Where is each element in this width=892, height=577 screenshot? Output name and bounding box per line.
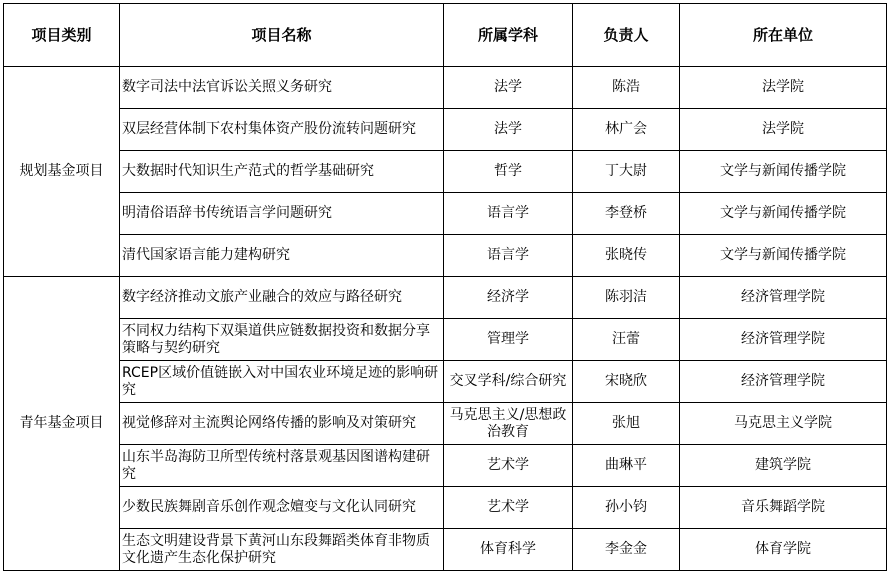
leader-cell: 张晓传 (573, 235, 680, 277)
header-unit: 所在单位 (680, 4, 887, 67)
discipline-cell: 语言学 (444, 193, 573, 235)
project-name-cell: RCEP区域价值链嵌入对中国农业环境足迹的影响研究 (120, 361, 444, 403)
leader-cell: 丁大尉 (573, 151, 680, 193)
project-name-cell: 大数据时代知识生产范式的哲学基础研究 (120, 151, 444, 193)
table-row: 双层经营体制下农村集体资产股份流转问题研究 法学 林广会 法学院 (4, 109, 887, 151)
table-row: RCEP区域价值链嵌入对中国农业环境足迹的影响研究 交叉学科/综合研究 宋晓欣 … (4, 361, 887, 403)
discipline-cell: 艺术学 (444, 487, 573, 529)
project-name-cell: 明清俗语辞书传统语言学问题研究 (120, 193, 444, 235)
category-cell: 青年基金项目 (4, 277, 120, 571)
unit-cell: 经济管理学院 (680, 319, 887, 361)
discipline-cell: 法学 (444, 109, 573, 151)
project-name-cell: 山东半岛海防卫所型传统村落景观基因图谱构建研究 (120, 445, 444, 487)
project-name-cell: 数字司法中法官诉讼关照义务研究 (120, 67, 444, 109)
discipline-cell: 体育科学 (444, 529, 573, 571)
table-row: 明清俗语辞书传统语言学问题研究 语言学 李登桥 文学与新闻传播学院 (4, 193, 887, 235)
header-row: 项目类别 项目名称 所属学科 负责人 所在单位 (4, 4, 887, 67)
table-row: 视觉修辞对主流舆论网络传播的影响及对策研究 马克思主义/思想政治教育 张旭 马克… (4, 403, 887, 445)
project-name-cell: 数字经济推动文旅产业融合的效应与路径研究 (120, 277, 444, 319)
discipline-cell: 哲学 (444, 151, 573, 193)
project-name-cell: 双层经营体制下农村集体资产股份流转问题研究 (120, 109, 444, 151)
unit-cell: 建筑学院 (680, 445, 887, 487)
leader-cell: 宋晓欣 (573, 361, 680, 403)
leader-cell: 曲琳平 (573, 445, 680, 487)
unit-cell: 马克思主义学院 (680, 403, 887, 445)
leader-cell: 孙小钧 (573, 487, 680, 529)
discipline-cell: 管理学 (444, 319, 573, 361)
header-leader: 负责人 (573, 4, 680, 67)
unit-cell: 文学与新闻传播学院 (680, 151, 887, 193)
project-name-cell: 清代国家语言能力建构研究 (120, 235, 444, 277)
table-row: 规划基金项目 数字司法中法官诉讼关照义务研究 法学 陈浩 法学院 (4, 67, 887, 109)
project-name-cell: 生态文明建设背景下黄河山东段舞蹈类体育非物质文化遗产生态化保护研究 (120, 529, 444, 571)
project-name-cell: 不同权力结构下双渠道供应链数据投资和数据分享策略与契约研究 (120, 319, 444, 361)
discipline-cell: 语言学 (444, 235, 573, 277)
unit-cell: 法学院 (680, 67, 887, 109)
table-row: 青年基金项目 数字经济推动文旅产业融合的效应与路径研究 经济学 陈羽洁 经济管理… (4, 277, 887, 319)
header-discipline: 所属学科 (444, 4, 573, 67)
leader-cell: 李登桥 (573, 193, 680, 235)
discipline-cell: 马克思主义/思想政治教育 (444, 403, 573, 445)
unit-cell: 文学与新闻传播学院 (680, 193, 887, 235)
table-row: 不同权力结构下双渠道供应链数据投资和数据分享策略与契约研究 管理学 汪蕾 经济管… (4, 319, 887, 361)
leader-cell: 张旭 (573, 403, 680, 445)
project-name-cell: 少数民族舞剧音乐创作观念嬗变与文化认同研究 (120, 487, 444, 529)
project-name-cell: 视觉修辞对主流舆论网络传播的影响及对策研究 (120, 403, 444, 445)
leader-cell: 林广会 (573, 109, 680, 151)
header-project-name: 项目名称 (120, 4, 444, 67)
discipline-cell: 法学 (444, 67, 573, 109)
unit-cell: 经济管理学院 (680, 277, 887, 319)
discipline-cell: 艺术学 (444, 445, 573, 487)
table-row: 清代国家语言能力建构研究 语言学 张晓传 文学与新闻传播学院 (4, 235, 887, 277)
unit-cell: 经济管理学院 (680, 361, 887, 403)
discipline-cell: 经济学 (444, 277, 573, 319)
table-row: 少数民族舞剧音乐创作观念嬗变与文化认同研究 艺术学 孙小钧 音乐舞蹈学院 (4, 487, 887, 529)
header-category: 项目类别 (4, 4, 120, 67)
project-table: 项目类别 项目名称 所属学科 负责人 所在单位 规划基金项目 数字司法中法官诉讼… (3, 3, 887, 571)
unit-cell: 体育学院 (680, 529, 887, 571)
unit-cell: 文学与新闻传播学院 (680, 235, 887, 277)
table-row: 生态文明建设背景下黄河山东段舞蹈类体育非物质文化遗产生态化保护研究 体育科学 李… (4, 529, 887, 571)
discipline-cell: 交叉学科/综合研究 (444, 361, 573, 403)
leader-cell: 汪蕾 (573, 319, 680, 361)
unit-cell: 音乐舞蹈学院 (680, 487, 887, 529)
unit-cell: 法学院 (680, 109, 887, 151)
table-row: 山东半岛海防卫所型传统村落景观基因图谱构建研究 艺术学 曲琳平 建筑学院 (4, 445, 887, 487)
category-cell: 规划基金项目 (4, 67, 120, 277)
leader-cell: 陈浩 (573, 67, 680, 109)
leader-cell: 李金金 (573, 529, 680, 571)
leader-cell: 陈羽洁 (573, 277, 680, 319)
table-row: 大数据时代知识生产范式的哲学基础研究 哲学 丁大尉 文学与新闻传播学院 (4, 151, 887, 193)
